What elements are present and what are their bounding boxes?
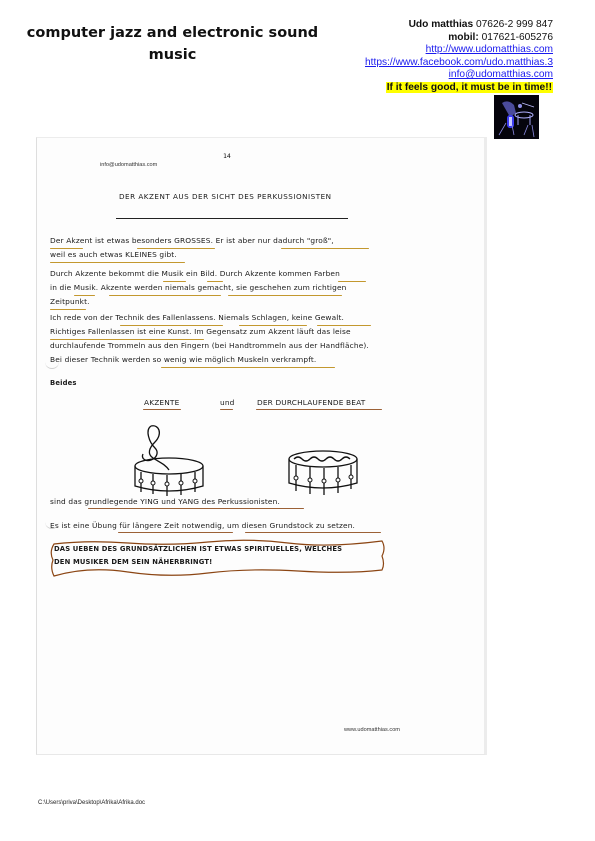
- pair-right: DER DURCHLAUFENDE BEAT: [257, 398, 365, 407]
- underline: [137, 248, 215, 249]
- underline: [317, 325, 371, 326]
- contact-name: Udo matthias: [409, 19, 474, 30]
- underline: [50, 309, 86, 310]
- underline: [338, 281, 366, 282]
- title-line-1: computer jazz and electronic sound: [20, 22, 325, 44]
- facebook-link[interactable]: https://www.facebook.com/udo.matthias.3: [365, 57, 553, 68]
- mobile-label: mobil:: [448, 32, 479, 43]
- drum-with-treble-clef-icon: [129, 424, 211, 500]
- contact-name-line: Udo matthias 07626-2 999 847: [365, 19, 553, 32]
- heading-underline: [116, 218, 348, 219]
- underline: [245, 532, 381, 533]
- document-title: computer jazz and electronic sound music: [20, 22, 325, 66]
- underline: [50, 262, 185, 263]
- scan-website-footer: www.udomatthias.com: [344, 727, 400, 733]
- contact-phone: 07626-2 999 847: [476, 19, 553, 30]
- page-number: 14: [223, 152, 231, 160]
- para3-line2: Richtiges Fallenlassen ist eine Kunst. I…: [50, 327, 351, 336]
- contact-mobile: 017621-605276: [482, 32, 553, 43]
- underline: [228, 295, 342, 296]
- underline: [161, 367, 335, 368]
- underline: [118, 532, 233, 533]
- underline: [239, 325, 307, 326]
- file-path: C:\Users\priva\Desktop\Afrika\Afrika.doc: [38, 800, 145, 806]
- para2-line2: in die Musik. Akzente werden niemals gem…: [50, 283, 346, 292]
- scan-email: info@udomatthias.com: [100, 162, 157, 168]
- exercise-line: Es ist eine Übung für längere Zeit notwe…: [50, 521, 355, 530]
- email-link[interactable]: info@udomatthias.com: [449, 69, 553, 80]
- underline: [281, 248, 369, 249]
- para1-line1: Der Akzent ist etwas besonders GROSSES. …: [50, 236, 334, 245]
- pair-middle: und: [220, 398, 235, 407]
- underline: [220, 409, 233, 410]
- para2-line3: Zeitpunkt.: [50, 297, 90, 306]
- para2-line1: Durch Akzente bekommt die Musik ein Bild…: [50, 269, 340, 278]
- yin-yang-line: sind das grundlegende YING und YANG des …: [50, 497, 280, 506]
- para3-line1: Ich rede von der Technik des Fallenlasse…: [50, 313, 344, 322]
- drummer-photo-icon: [494, 95, 539, 139]
- title-line-2: music: [20, 44, 325, 66]
- underline: [50, 339, 204, 340]
- underline: [109, 295, 221, 296]
- slogan: If it feels good, it must be in time!!: [386, 82, 553, 93]
- underline: [163, 281, 186, 282]
- drum-with-wave-icon: [284, 447, 362, 499]
- para1-line2: weil es auch etwas KLEINES gibt.: [50, 250, 177, 259]
- para3-line3: durchlaufende Trommeln aus den Fingern (…: [50, 341, 369, 350]
- punch-hole: [45, 360, 59, 369]
- underline: [74, 295, 95, 296]
- contact-mobile-line: mobil: 017621-605276: [365, 32, 553, 45]
- quote-line-1: DAS UEBEN DES GRUNDSÄTZLICHEN IST ETWAS …: [54, 545, 342, 553]
- underline: [50, 248, 83, 249]
- para3-line4: Bei dieser Technik werden so wenig wie m…: [50, 355, 316, 364]
- pair-left: AKZENTE: [144, 398, 179, 407]
- underline: [120, 325, 223, 326]
- underline: [88, 508, 304, 509]
- underline: [207, 281, 223, 282]
- underline: [143, 409, 181, 410]
- quote-line-2: DEN MUSIKER DEM SEIN NÄHERBRINGT!: [54, 558, 212, 566]
- scanned-page: info@udomatthias.com 14 DER AKZENT AUS D…: [36, 137, 487, 755]
- underline: [256, 409, 382, 410]
- beides-label: Beides: [50, 379, 77, 387]
- website-link[interactable]: http://www.udomatthias.com: [426, 44, 553, 55]
- contact-block: Udo matthias 07626-2 999 847 mobil: 0176…: [365, 19, 553, 95]
- scan-heading: DER AKZENT AUS DER SICHT DES PERKUSSIONI…: [119, 192, 332, 201]
